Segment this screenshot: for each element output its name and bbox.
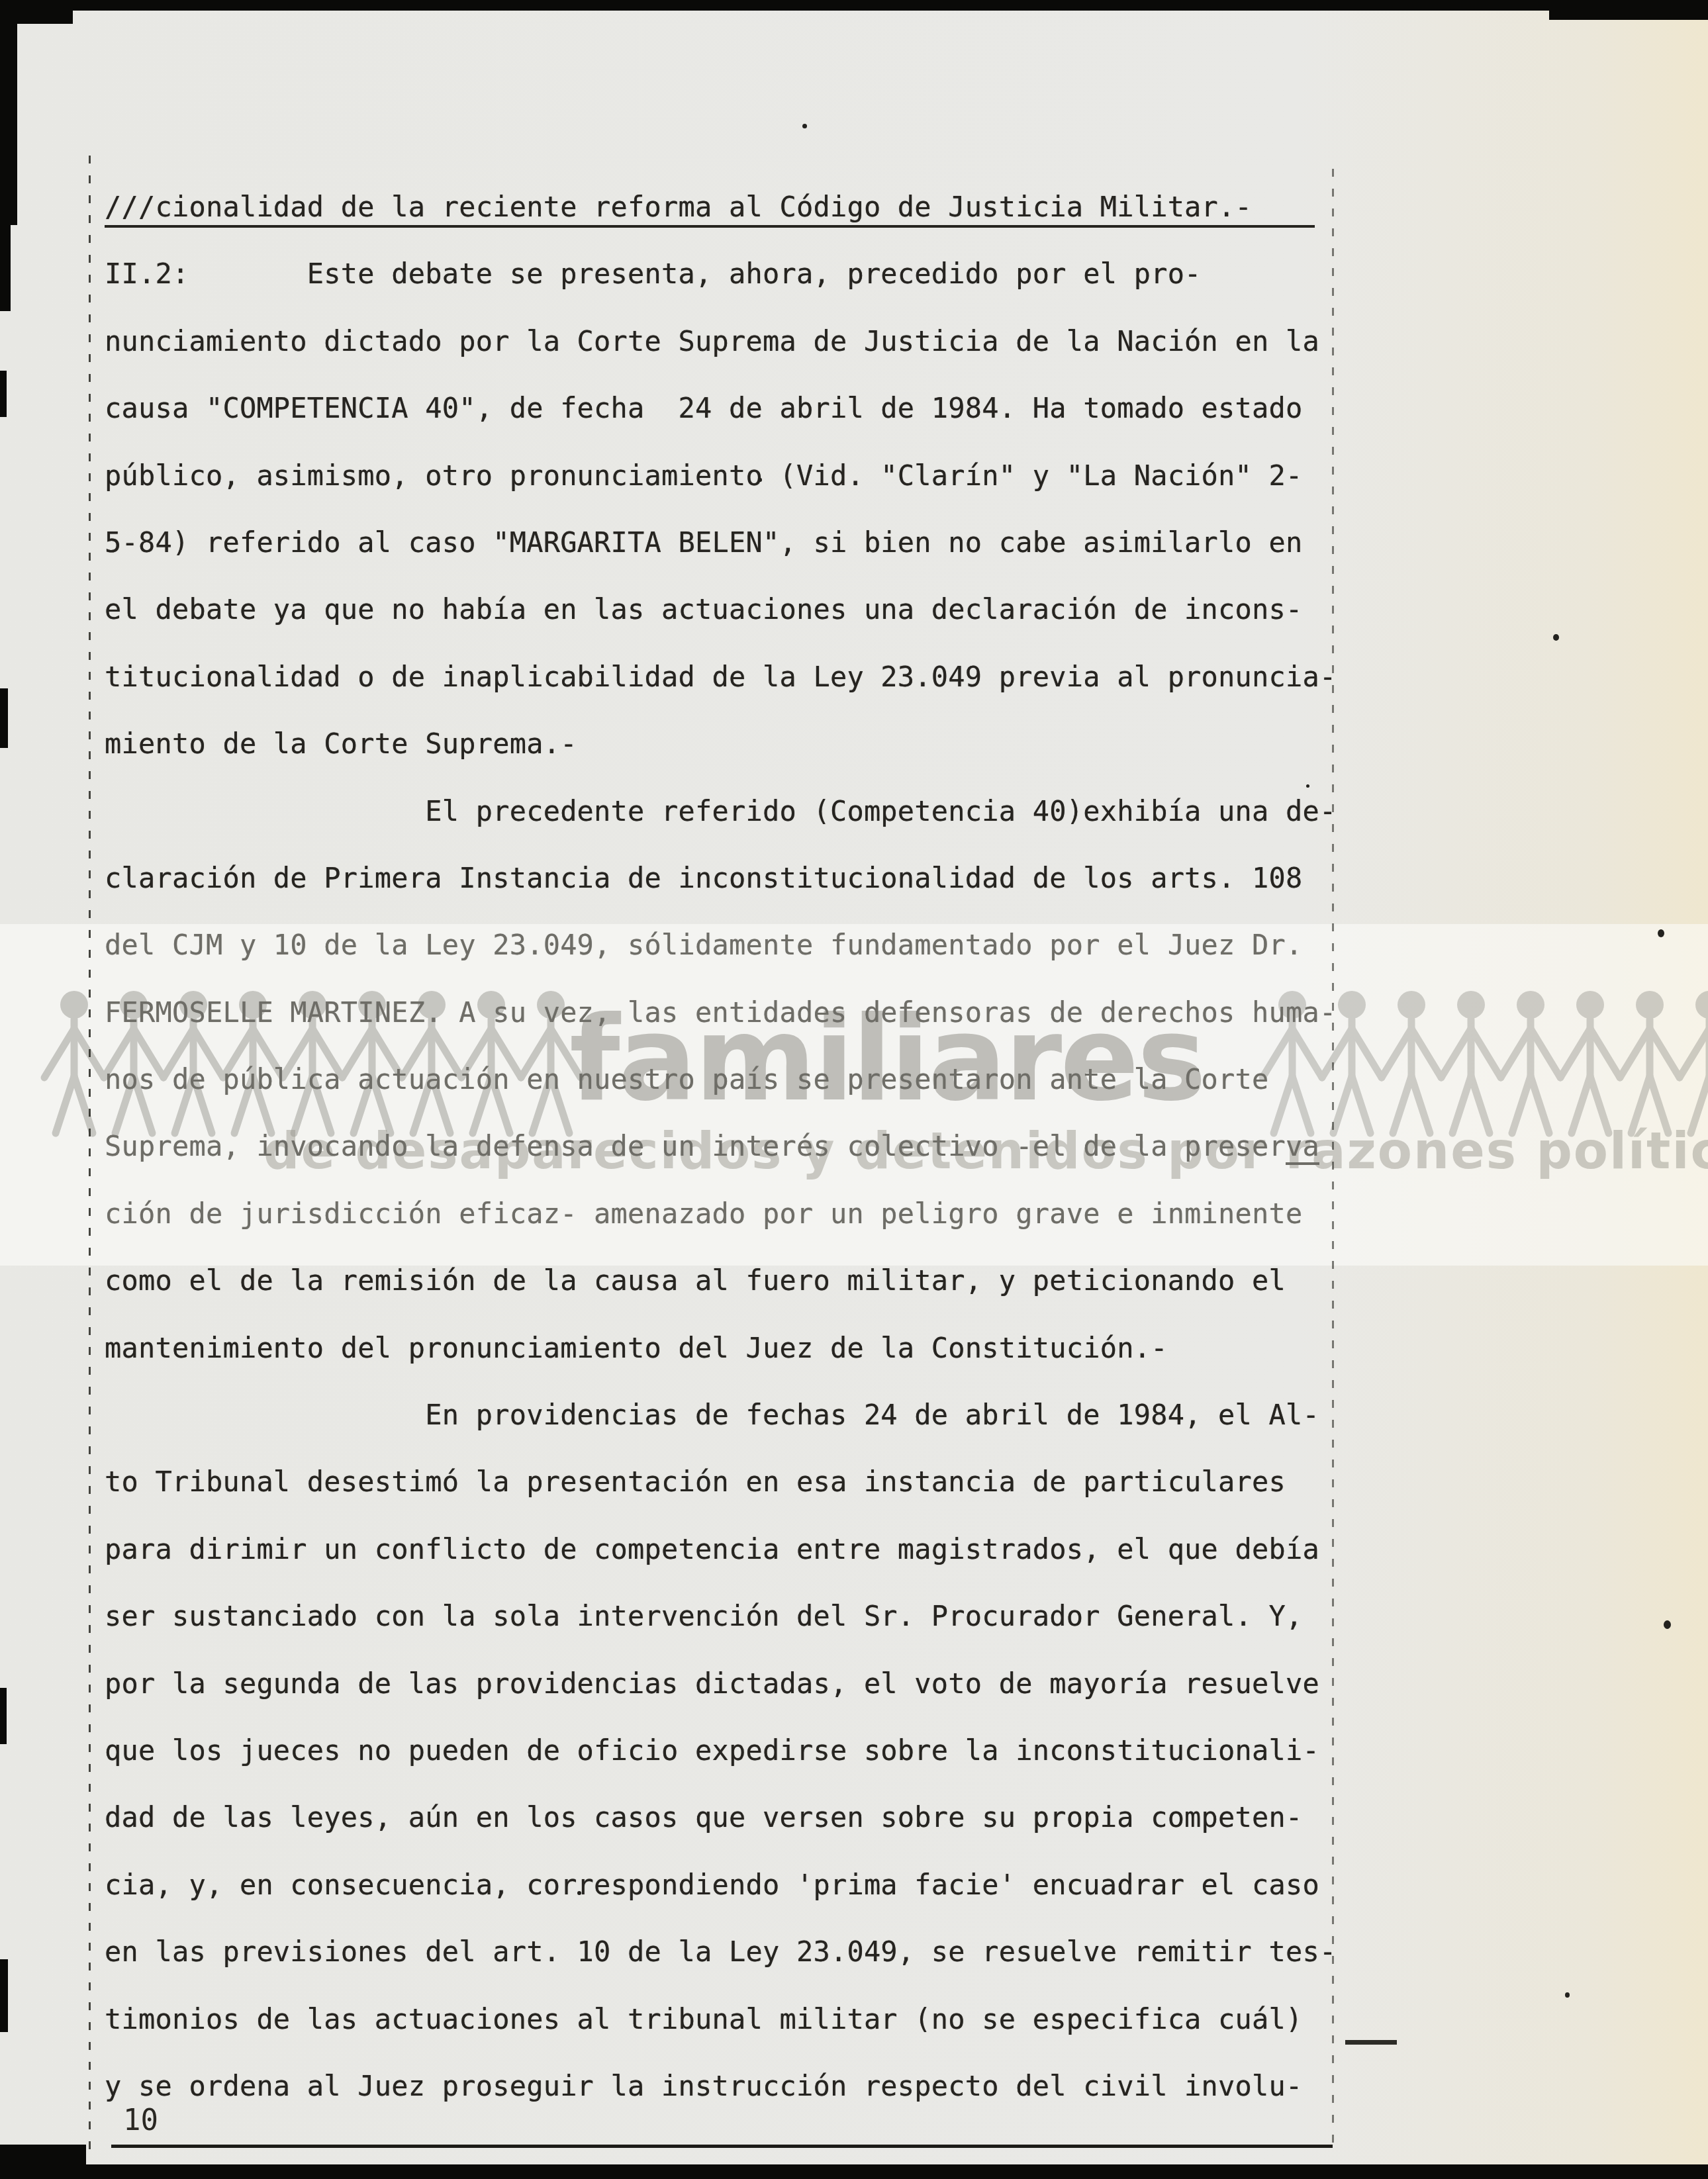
text-line: cia, y, en consecuencia, correspondiendo…	[105, 1851, 1429, 1918]
toner-speck	[1553, 634, 1559, 641]
toner-speck	[1658, 929, 1664, 937]
text-line: el debate ya que no había en las actuaci…	[105, 576, 1429, 643]
toner-speck	[1306, 784, 1309, 788]
text-line: En providencias de fechas 24 de abril de…	[105, 1381, 1429, 1448]
scan-left-blemish-2	[0, 371, 7, 417]
text-line: ción de jurisdicción eficaz- amenazado p…	[105, 1180, 1429, 1247]
toner-speck	[759, 478, 762, 482]
text-line: mantenimiento del pronunciamiento del Ju…	[105, 1315, 1429, 1381]
text-line: nos de pública actuación en nuestro país…	[105, 1046, 1429, 1113]
text-line: y se ordena al Juez proseguir la instruc…	[105, 2053, 1429, 2119]
scan-left-blemish-3	[0, 688, 8, 748]
text-line: por la segunda de las providencias dicta…	[105, 1650, 1429, 1717]
toner-speck	[1565, 1992, 1570, 1998]
scan-border-top	[0, 0, 1708, 11]
scan-left-blemish-4	[0, 1688, 7, 1744]
scan-left-blemish-5	[0, 1959, 8, 2032]
text-layer: ///cionalidad de la reciente reforma al …	[105, 173, 1429, 2119]
text-line: claración de Primera Instancia de incons…	[105, 845, 1429, 911]
text-line: para dirimir un conflicto de competencia…	[105, 1516, 1429, 1583]
scan-border-top-right	[1549, 0, 1708, 20]
text-line: dad de las leyes, aún en los casos que v…	[105, 1784, 1429, 1851]
scan-left-blemish-1	[0, 225, 11, 311]
text-line: to Tribunal desestimó la presentación en…	[105, 1448, 1429, 1515]
text-line: nunciamiento dictado por la Corte Suprem…	[105, 308, 1429, 375]
text-line: en las previsiones del art. 10 de la Ley…	[105, 1918, 1429, 1985]
text-line: miento de la Corte Suprema.-	[105, 710, 1429, 777]
toner-speck	[802, 124, 807, 128]
text-line: FERMOSELLE MARTINEZ. A su vez, las entid…	[105, 979, 1429, 1046]
text-line: como el de la remisión de la causa al fu…	[105, 1247, 1429, 1314]
text-line: del CJM y 10 de la Ley 23.049, sólidamen…	[105, 911, 1429, 978]
text-line: II.2: Este debate se presenta, ahora, pr…	[105, 240, 1429, 307]
bottom-rule	[111, 2145, 1333, 2148]
text-line: público, asimismo, otro pronunciamiento …	[105, 442, 1429, 509]
text-line: ser sustanciado con la sola intervención…	[105, 1583, 1429, 1649]
left-margin-dashed-line	[89, 156, 91, 2161]
scan-border-bottom	[0, 2164, 1708, 2179]
toner-speck	[577, 1891, 581, 1895]
toner-speck	[1664, 1620, 1671, 1629]
text-line: que los jueces no pueden de oficio exped…	[105, 1717, 1429, 1784]
text-line: causa "COMPETENCIA 40", de fecha 24 de a…	[105, 375, 1429, 441]
text-line: El precedente referido (Competencia 40)e…	[105, 778, 1429, 845]
text-line: ///cionalidad de la reciente reforma al …	[105, 173, 1429, 240]
text-line: 5-84) referido al caso "MARGARITA BELEN"…	[105, 509, 1429, 576]
scan-border-left-strip	[0, 0, 17, 225]
text-line: timonios de las actuaciones al tribunal …	[105, 1986, 1429, 2053]
page-number: 10	[123, 2104, 158, 2137]
text-line: titucionalidad o de inaplicabilidad de l…	[105, 643, 1429, 710]
text-line: Suprema, invocando la defensa de un inte…	[105, 1113, 1429, 1180]
